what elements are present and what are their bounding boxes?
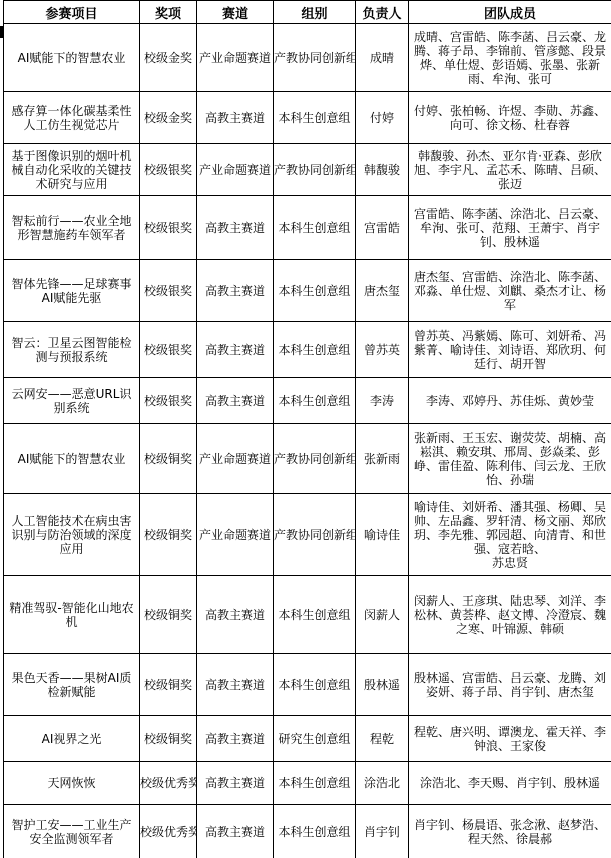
cell-project: 智护工安——工业生产安全监测领军者 — [4, 805, 140, 858]
cell-track: 高教主赛道 — [197, 260, 274, 322]
cell-text: 李涛、邓婷丹、苏佳烁、黄妙莹 — [426, 394, 594, 408]
cell-leader: 程乾 — [356, 716, 409, 762]
cell-text: 高教主赛道 — [205, 776, 265, 790]
cell-leader: 唐杰玺 — [356, 260, 409, 322]
cell-text: 肖宇钊、杨晨语、张念湫、赵梦浩、程天然、徐晨郝 — [414, 818, 606, 846]
cell-members: 涂浩北、李天赐、肖宇钊、殷林遥 — [409, 762, 611, 805]
cell-text: 宫雷皓 — [364, 221, 400, 235]
table-row: 精准驾驭-智能化山地农机校级铜奖高教主赛道本科生创意组闵薪人闵薪人、王彦琪、陆忠… — [4, 576, 611, 654]
table-row: 果色天香——果树AI质检新赋能校级铜奖高教主赛道本科生创意组殷林遥殷林遥、宫雷皓… — [4, 654, 611, 716]
cell-text: 产教协同创新组 — [274, 452, 356, 466]
cell-group: 本科生创意组 — [274, 322, 356, 378]
cell-award: 校级铜奖 — [140, 654, 197, 716]
cell-group: 产教协同创新组 — [274, 424, 356, 494]
cell-group: 本科生创意组 — [274, 805, 356, 858]
cell-text: 产教协同创新组 — [274, 163, 356, 177]
cell-text: 校级金奖 — [144, 111, 192, 125]
cell-text: 本科生创意组 — [278, 284, 350, 298]
cell-members: 韩馥骏、孙杰、亚尔肯·亚森、彭欣旭、李宇凡、孟芯禾、陈晴、吕硕、张迈 — [409, 144, 611, 196]
cell-text: 张新雨 — [364, 452, 400, 466]
cell-text: 校级铜奖 — [144, 452, 192, 466]
column-header-track: 赛道 — [197, 1, 274, 24]
table-row: 天网恢恢校级优秀奖高教主赛道本科生创意组涂浩北涂浩北、李天赐、肖宇钊、殷林遥 — [4, 762, 611, 805]
cell-text: 喻诗佳、刘妍希、潘其强、杨卿、吴帅、左品鑫、罗轩清、杨文丽、郑欣玥、李先雅、郭园… — [414, 500, 606, 570]
cell-members: 李涛、邓婷丹、苏佳烁、黄妙莹 — [409, 378, 611, 424]
table-row: AI视界之光校级铜奖高教主赛道研究生创意组程乾程乾、唐兴明、谭澳龙、霍天祥、李钟… — [4, 716, 611, 762]
cell-project: 果色天香——果树AI质检新赋能 — [4, 654, 140, 716]
cell-text: 校级金奖 — [144, 51, 192, 65]
cell-text: 高教主赛道 — [205, 732, 265, 746]
cell-text: 校级银奖 — [144, 163, 192, 177]
cell-members: 喻诗佳、刘妍希、潘其强、杨卿、吴帅、左品鑫、罗轩清、杨文丽、郑欣玥、李先雅、郭园… — [409, 494, 611, 576]
cell-project: 人工智能技术在病虫害识别与防治领域的深度应用 — [4, 494, 140, 576]
table-row: 感存算一体化碳基柔性人工仿生视觉芯片校级金奖高教主赛道本科生创意组付婷付婷、张柏… — [4, 92, 611, 144]
table-row: AI赋能下的智慧农业校级金奖产业命题赛道产教协同创新组成晴成晴、宫雷皓、陈李菡、… — [4, 24, 611, 92]
cell-text: 本科生创意组 — [278, 608, 350, 622]
cell-text: 校级优秀奖 — [140, 825, 197, 839]
cell-award: 校级铜奖 — [140, 494, 197, 576]
cell-members: 付婷、张柏畅、许煜、李勋、苏鑫、向可、徐文杨、杜春蓉 — [409, 92, 611, 144]
cell-text: 曾苏英 — [364, 343, 400, 357]
cell-leader: 曾苏英 — [356, 322, 409, 378]
clipped-glyph-artifact — [0, 26, 3, 38]
cell-text: 云网安——恶意URL识别系统 — [12, 387, 132, 415]
column-header-members: 团队成员 — [409, 1, 611, 24]
cell-text: 精准驾驭-智能化山地农机 — [9, 601, 133, 629]
cell-group: 本科生创意组 — [274, 762, 356, 805]
cell-text: 高教主赛道 — [205, 608, 265, 622]
cell-text: 感存算一体化碳基柔性人工仿生视觉芯片 — [11, 104, 131, 132]
cell-text: 人工智能技术在病虫害识别与防治领域的深度应用 — [11, 514, 131, 556]
competition-awards-table: 参赛项目奖项赛道组别负责人团队成员 AI赋能下的智慧农业校级金奖产业命题赛道产教… — [3, 0, 611, 858]
cell-group: 研究生创意组 — [274, 716, 356, 762]
cell-award: 校级银奖 — [140, 260, 197, 322]
cell-group: 产教协同创新组 — [274, 494, 356, 576]
cell-group: 本科生创意组 — [274, 378, 356, 424]
cell-members: 曾苏英、冯紫嫣、陈可、刘妍希、冯紫菁、喻诗佳、刘诗语、郑欣玥、何廷行、胡开智 — [409, 322, 611, 378]
cell-track: 高教主赛道 — [197, 576, 274, 654]
cell-text: 产业命题赛道 — [199, 163, 271, 177]
cell-award: 校级银奖 — [140, 378, 197, 424]
cell-text: 张新雨、王玉宏、谢荧荧、胡楠、高崧淇、赖安琪、邢周、彭焱柔、彭峥、雷佳盈、陈利伟… — [414, 431, 606, 487]
cell-text: 高教主赛道 — [205, 343, 265, 357]
cell-text: 校级优秀奖 — [140, 776, 197, 790]
cell-track: 产业命题赛道 — [197, 144, 274, 196]
cell-text: 韩馥骏、孙杰、亚尔肯·亚森、彭欣旭、李宇凡、孟芯禾、陈晴、吕硕、张迈 — [414, 149, 606, 191]
cell-text: 本科生创意组 — [278, 825, 350, 839]
cell-leader: 喻诗佳 — [356, 494, 409, 576]
cell-text: 付婷、张柏畅、许煜、李勋、苏鑫、向可、徐文杨、杜春蓉 — [414, 104, 606, 132]
cell-text: 校级银奖 — [144, 221, 192, 235]
cell-text: 果色天香——果树AI质检新赋能 — [12, 671, 132, 699]
cell-leader: 成晴 — [356, 24, 409, 92]
cell-track: 高教主赛道 — [197, 762, 274, 805]
cell-text: 成晴、宫雷皓、陈李菡、吕云豪、龙腾、蒋子昂、李锦前、管彦懿、段景烨、单仕煜、彭语… — [414, 30, 606, 86]
cell-text: 智耘前行——农业全地形智慧施药车领军者 — [11, 214, 131, 242]
cell-award: 校级铜奖 — [140, 424, 197, 494]
cell-award: 校级银奖 — [140, 144, 197, 196]
cell-leader: 李涛 — [356, 378, 409, 424]
table-row: 智体先锋——足球赛事AI赋能先驱校级银奖高教主赛道本科生创意组唐杰玺唐杰玺、宫雷… — [4, 260, 611, 322]
column-header-leader: 负责人 — [356, 1, 409, 24]
cell-text: 闵薪人、王彦琪、陆忠琴、刘洋、李松林、黄荟桦、赵文博、冷澄宸、魏之寒、叶锦源、韩… — [414, 594, 606, 636]
cell-group: 产教协同创新组 — [274, 24, 356, 92]
cell-text: AI赋能下的智慧农业 — [18, 51, 126, 65]
cell-text: 程乾 — [370, 732, 394, 746]
cell-leader: 闵薪人 — [356, 576, 409, 654]
cell-project: AI视界之光 — [4, 716, 140, 762]
table-row: 智云：卫星云图智能检测与预报系统校级银奖高教主赛道本科生创意组曾苏英曾苏英、冯紫… — [4, 322, 611, 378]
cell-award: 校级铜奖 — [140, 576, 197, 654]
cell-project: 智云：卫星云图智能检测与预报系统 — [4, 322, 140, 378]
cell-text: 涂浩北、李天赐、肖宇钊、殷林遥 — [420, 776, 600, 790]
cell-track: 高教主赛道 — [197, 196, 274, 260]
cell-text: 高教主赛道 — [205, 221, 265, 235]
cell-group: 产教协同创新组 — [274, 144, 356, 196]
cell-text: 本科生创意组 — [278, 776, 350, 790]
cell-text: 高教主赛道 — [205, 678, 265, 692]
cell-text: 产业命题赛道 — [199, 452, 271, 466]
column-header-group: 组别 — [274, 1, 356, 24]
cell-project: 感存算一体化碳基柔性人工仿生视觉芯片 — [4, 92, 140, 144]
cell-leader: 付婷 — [356, 92, 409, 144]
cell-text: 成晴 — [370, 51, 394, 65]
cell-leader: 涂浩北 — [356, 762, 409, 805]
cell-text: 产业命题赛道 — [199, 51, 271, 65]
cell-text: 产教协同创新组 — [274, 51, 356, 65]
cell-text: 校级铜奖 — [144, 528, 192, 542]
cell-text: 喻诗佳 — [364, 528, 400, 542]
table-row: AI赋能下的智慧农业校级铜奖产业命题赛道产教协同创新组张新雨张新雨、王玉宏、谢荧… — [4, 424, 611, 494]
cell-text: 闵薪人 — [364, 608, 400, 622]
cell-award: 校级铜奖 — [140, 716, 197, 762]
cell-award: 校级优秀奖 — [140, 762, 197, 805]
cell-award: 校级银奖 — [140, 322, 197, 378]
cell-project: 云网安——恶意URL识别系统 — [4, 378, 140, 424]
table-row: 云网安——恶意URL识别系统校级银奖高教主赛道本科生创意组李涛李涛、邓婷丹、苏佳… — [4, 378, 611, 424]
document-page: 参赛项目奖项赛道组别负责人团队成员 AI赋能下的智慧农业校级金奖产业命题赛道产教… — [0, 0, 611, 858]
cell-group: 本科生创意组 — [274, 576, 356, 654]
cell-project: 天网恢恢 — [4, 762, 140, 805]
cell-text: 产业命题赛道 — [199, 528, 271, 542]
cell-text: 基于图像识别的烟叶机械自动化采收的关键技术研究与应用 — [11, 149, 131, 191]
column-header-award: 奖项 — [140, 1, 197, 24]
cell-text: 曾苏英、冯紫嫣、陈可、刘妍希、冯紫菁、喻诗佳、刘诗语、郑欣玥、何廷行、胡开智 — [414, 329, 606, 371]
cell-text: 校级银奖 — [144, 343, 192, 357]
cell-text: 天网恢恢 — [47, 776, 95, 790]
cell-members: 唐杰玺、宫雷皓、涂浩北、陈李菡、邓淼、单仕煜、刘麒、桑杰才让、杨军 — [409, 260, 611, 322]
cell-track: 高教主赛道 — [197, 92, 274, 144]
cell-group: 本科生创意组 — [274, 260, 356, 322]
cell-text: 高教主赛道 — [205, 825, 265, 839]
cell-award: 校级金奖 — [140, 92, 197, 144]
cell-award: 校级银奖 — [140, 196, 197, 260]
cell-text: 高教主赛道 — [205, 394, 265, 408]
table-row: 智护工安——工业生产安全监测领军者校级优秀奖高教主赛道本科生创意组肖宇钊肖宇钊、… — [4, 805, 611, 858]
cell-track: 高教主赛道 — [197, 378, 274, 424]
cell-text: 本科生创意组 — [278, 111, 350, 125]
cell-award: 校级优秀奖 — [140, 805, 197, 858]
cell-text: 韩馥骏 — [364, 163, 400, 177]
cell-members: 程乾、唐兴明、谭澳龙、霍天祥、李钟浪、王家俊 — [409, 716, 611, 762]
cell-text: 校级铜奖 — [144, 608, 192, 622]
cell-group: 本科生创意组 — [274, 654, 356, 716]
header-row: 参赛项目奖项赛道组别负责人团队成员 — [4, 1, 611, 24]
cell-members: 闵薪人、王彦琪、陆忠琴、刘洋、李松林、黄荟桦、赵文博、冷澄宸、魏之寒、叶锦源、韩… — [409, 576, 611, 654]
column-header-project: 参赛项目 — [4, 1, 140, 24]
cell-track: 产业命题赛道 — [197, 24, 274, 92]
cell-text: AI视界之光 — [42, 732, 102, 746]
cell-track: 高教主赛道 — [197, 654, 274, 716]
cell-track: 高教主赛道 — [197, 716, 274, 762]
cell-leader: 张新雨 — [356, 424, 409, 494]
cell-text: 产教协同创新组 — [274, 528, 356, 542]
cell-text: 校级铜奖 — [144, 732, 192, 746]
cell-group: 本科生创意组 — [274, 196, 356, 260]
cell-track: 产业命题赛道 — [197, 494, 274, 576]
cell-text: 本科生创意组 — [278, 394, 350, 408]
table-row: 智耘前行——农业全地形智慧施药车领军者校级银奖高教主赛道本科生创意组宫雷皓宫雷皓… — [4, 196, 611, 260]
cell-group: 本科生创意组 — [274, 92, 356, 144]
cell-text: 殷林遥 — [364, 678, 400, 692]
cell-text: 本科生创意组 — [278, 343, 350, 357]
cell-project: 基于图像识别的烟叶机械自动化采收的关键技术研究与应用 — [4, 144, 140, 196]
cell-leader: 殷林遥 — [356, 654, 409, 716]
cell-project: 智耘前行——农业全地形智慧施药车领军者 — [4, 196, 140, 260]
cell-text: 唐杰玺 — [364, 284, 400, 298]
cell-text: 本科生创意组 — [278, 221, 350, 235]
cell-text: 本科生创意组 — [278, 678, 350, 692]
cell-text: 肖宇钊 — [364, 825, 400, 839]
cell-leader: 肖宇钊 — [356, 805, 409, 858]
cell-text: 智体先锋——足球赛事AI赋能先驱 — [11, 277, 131, 305]
cell-track: 产业命题赛道 — [197, 424, 274, 494]
cell-project: 精准驾驭-智能化山地农机 — [4, 576, 140, 654]
cell-text: 宫雷皓、陈李菡、涂浩北、吕云豪、牟洵、张可、范翔、王萧宇、肖宇钊、殷林遥 — [414, 207, 606, 249]
cell-leader: 宫雷皓 — [356, 196, 409, 260]
cell-leader: 韩馥骏 — [356, 144, 409, 196]
cell-text: 校级铜奖 — [144, 678, 192, 692]
cell-text: 智护工安——工业生产安全监测领军者 — [11, 818, 131, 846]
cell-text: 高教主赛道 — [205, 111, 265, 125]
cell-text: 付婷 — [370, 111, 394, 125]
cell-award: 校级金奖 — [140, 24, 197, 92]
cell-members: 成晴、宫雷皓、陈李菡、吕云豪、龙腾、蒋子昂、李锦前、管彦懿、段景烨、单仕煜、彭语… — [409, 24, 611, 92]
table-row: 基于图像识别的烟叶机械自动化采收的关键技术研究与应用校级银奖产业命题赛道产教协同… — [4, 144, 611, 196]
cell-text: 校级银奖 — [144, 284, 192, 298]
cell-members: 张新雨、王玉宏、谢荧荧、胡楠、高崧淇、赖安琪、邢周、彭焱柔、彭峥、雷佳盈、陈利伟… — [409, 424, 611, 494]
cell-text: 殷林遥、宫雷皓、吕云豪、龙腾、刘姿妍、蒋子昂、肖宇钊、唐杰玺 — [414, 671, 606, 699]
cell-text: 程乾、唐兴明、谭澳龙、霍天祥、李钟浪、王家俊 — [414, 725, 606, 753]
cell-project: AI赋能下的智慧农业 — [4, 24, 140, 92]
cell-text: AI赋能下的智慧农业 — [18, 452, 126, 466]
cell-text: 涂浩北 — [364, 776, 400, 790]
cell-members: 肖宇钊、杨晨语、张念湫、赵梦浩、程天然、徐晨郝 — [409, 805, 611, 858]
cell-track: 高教主赛道 — [197, 322, 274, 378]
cell-text: 李涛 — [370, 394, 394, 408]
cell-text: 唐杰玺、宫雷皓、涂浩北、陈李菡、邓淼、单仕煜、刘麒、桑杰才让、杨军 — [414, 270, 606, 312]
cell-track: 高教主赛道 — [197, 805, 274, 858]
cell-project: AI赋能下的智慧农业 — [4, 424, 140, 494]
table-row: 人工智能技术在病虫害识别与防治领域的深度应用校级铜奖产业命题赛道产教协同创新组喻… — [4, 494, 611, 576]
cell-text: 高教主赛道 — [205, 284, 265, 298]
cell-text: 校级银奖 — [144, 394, 192, 408]
cell-text: 研究生创意组 — [278, 732, 350, 746]
cell-project: 智体先锋——足球赛事AI赋能先驱 — [4, 260, 140, 322]
cell-members: 殷林遥、宫雷皓、吕云豪、龙腾、刘姿妍、蒋子昂、肖宇钊、唐杰玺 — [409, 654, 611, 716]
cell-text: 智云：卫星云图智能检测与预报系统 — [11, 336, 131, 364]
cell-members: 宫雷皓、陈李菡、涂浩北、吕云豪、牟洵、张可、范翔、王萧宇、肖宇钊、殷林遥 — [409, 196, 611, 260]
